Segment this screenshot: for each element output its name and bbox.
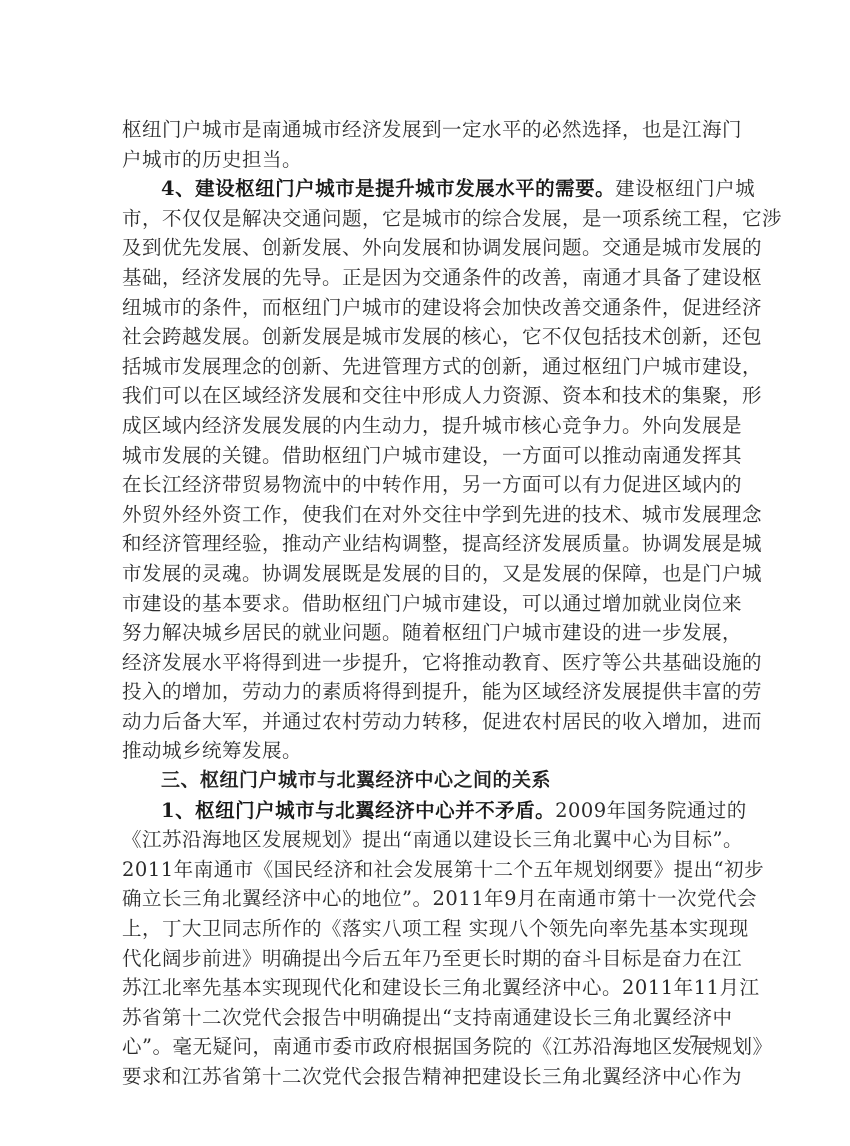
text-line: 努力解决城乡居民的就业问题。随着枢纽门户城市建设的进一步发展， — [122, 618, 728, 648]
text-line: 和经济管理经验，推动产业结构调整，提高经济发展质量。协调发展是城 — [122, 529, 728, 559]
text-line: 市建设的基本要求。借助枢纽门户城市建设，可以通过增加就业岗位来 — [122, 589, 728, 619]
text-line: 苏省第十二次党代会报告中明确提出“支持南通建设长三角北翼经济中 — [122, 1003, 728, 1033]
text-line: 2011年南通市《国民经济和社会发展第十二个五年规划纲要》提出“初步 — [122, 855, 728, 885]
text-line: 动力后备大军，并通过农村劳动力转移，促进农村居民的收入增加，进而 — [122, 707, 728, 737]
page-number: - 7 - — [672, 1032, 719, 1054]
text-line: 枢纽门户城市是南通城市经济发展到一定水平的必然选择，也是江海门 — [122, 115, 728, 145]
text-line: 纽城市的条件，而枢纽门户城市的建设将会加快改善交通条件，促进经济 — [122, 293, 728, 323]
text-line: 在长江经济带贸易物流中的中转作用，另一方面可以有力促进区域内的 — [122, 470, 728, 500]
text-line: 括城市发展理念的创新、先进管理方式的创新，通过枢纽门户城市建设， — [122, 352, 728, 382]
text-span: 建设枢纽门户城 — [615, 177, 755, 200]
text-line: 基础，经济发展的先导。正是因为交通条件的改善，南通才具备了建设枢 — [122, 263, 728, 293]
paragraph-lead-line: 1、枢纽门户城市与北翼经济中心并不矛盾。2009年国务院通过的 — [122, 796, 728, 826]
text-line: 《江苏沿海地区发展规划》提出“南通以建设长三角北翼中心为目标”。 — [122, 825, 728, 855]
text-line: 苏江北率先基本实现现代化和建设长三角北翼经济中心。2011年11月江 — [122, 973, 728, 1003]
text-line: 成区域内经济发展发展的内生动力，提升城市核心竞争力。外向发展是 — [122, 411, 728, 441]
text-line: 市，不仅仅是解决交通问题，它是城市的综合发展，是一项系统工程，它涉 — [122, 204, 728, 234]
text-line: 确立长三角北翼经济中心的地位”。2011年9月在南通市第十一次党代会 — [122, 884, 728, 914]
text-line: 及到优先发展、创新发展、外向发展和协调发展问题。交通是城市发展的 — [122, 233, 728, 263]
text-line: 上，丁大卫同志所作的《落实八项工程 实现八个领先向率先基本实现现 — [122, 914, 728, 944]
text-line: 要求和江苏省第十二次党代会报告精神把建设长三角北翼经济中心作为 — [122, 1062, 728, 1092]
text-line: 投入的增加，劳动力的素质将得到提升，能为区域经济发展提供丰富的劳 — [122, 677, 728, 707]
text-line: 心”。毫无疑问，南通市委市政府根据国务院的《江苏沿海地区发展规划》 — [122, 1032, 728, 1062]
text-line: 代化阔步前进》明确提出今后五年乃至更长时期的奋斗目标是奋力在江 — [122, 944, 728, 974]
text-line: 我们可以在区域经济发展和交往中形成人力资源、资本和技术的集聚，形 — [122, 381, 728, 411]
section-heading: 三、枢纽门户城市与北翼经济中心之间的关系 — [122, 766, 728, 796]
text-line: 市发展的灵魂。协调发展既是发展的目的，又是发展的保障，也是门户城 — [122, 559, 728, 589]
bold-lead-text: 4、建设枢纽门户城市是提升城市发展水平的需要。 — [161, 177, 615, 200]
document-page: 枢纽门户城市是南通城市经济发展到一定水平的必然选择，也是江海门 户城市的历史担当… — [122, 115, 728, 1092]
bold-lead-text: 1、枢纽门户城市与北翼经济中心并不矛盾。 — [161, 799, 555, 822]
text-line: 社会跨越发展。创新发展是城市发展的核心，它不仅包括技术创新，还包 — [122, 322, 728, 352]
text-span: 2009年国务院通过的 — [555, 799, 747, 822]
text-line: 推动城乡统筹发展。 — [122, 736, 728, 766]
text-line: 城市发展的关键。借助枢纽门户城市建设，一方面可以推动南通发挥其 — [122, 441, 728, 471]
text-line: 经济发展水平将得到进一步提升，它将推动教育、医疗等公共基础设施的 — [122, 648, 728, 678]
text-line: 外贸外经外资工作，使我们在对外交往中学到先进的技术、城市发展理念 — [122, 500, 728, 530]
paragraph-lead-line: 4、建设枢纽门户城市是提升城市发展水平的需要。建设枢纽门户城 — [122, 174, 728, 204]
text-line: 户城市的历史担当。 — [122, 145, 728, 175]
